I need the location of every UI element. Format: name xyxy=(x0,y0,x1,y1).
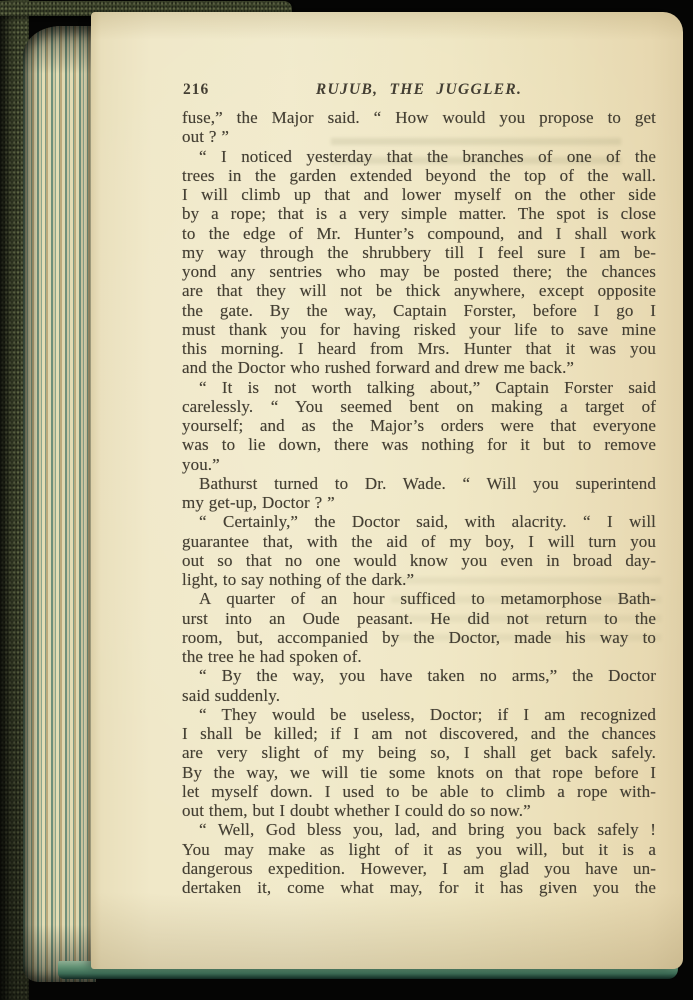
text-line: was to lie down, there was nothing for i… xyxy=(182,435,656,454)
text-line: said suddenly. xyxy=(182,686,656,705)
text-line: By the way, we will tie some knots on th… xyxy=(182,763,656,782)
text-line: to the edge of Mr. Hunter’s compound, an… xyxy=(182,224,656,243)
paragraph: “ By the way, you have taken no arms,” t… xyxy=(182,666,656,705)
text-line: room, but, accompanied by the Doctor, ma… xyxy=(182,628,656,647)
paragraph: “ Certainly,” the Doctor said, with alac… xyxy=(182,512,656,589)
text-line: Bathurst turned to Dr. Wade. “ Will you … xyxy=(182,474,656,493)
page-number: 216 xyxy=(183,81,209,99)
text-line: “ Certainly,” the Doctor said, with alac… xyxy=(182,512,656,531)
paragraph: “ Well, God bless you, lad, and bring yo… xyxy=(182,820,656,897)
text-line: A quarter of an hour sufficed to metamor… xyxy=(182,589,656,608)
page-content: 216 RUJUB, THE JUGGLER. fuse,” the Major… xyxy=(182,81,656,897)
book-scan-scene: 216 RUJUB, THE JUGGLER. fuse,” the Major… xyxy=(0,0,693,1000)
text-line: trees in the garden extended beyond the … xyxy=(182,166,656,185)
text-line: “ By the way, you have taken no arms,” t… xyxy=(182,666,656,685)
text-line: the tree he had spoken of. xyxy=(182,647,656,666)
text-line: light, to say nothing of the dark.” xyxy=(182,570,656,589)
paragraph: “ It is not worth talking about,” Captai… xyxy=(182,378,656,474)
text-line: “ Well, God bless you, lad, and bring yo… xyxy=(182,820,656,839)
text-line: out ? ” xyxy=(182,127,656,146)
paragraph: fuse,” the Major said. “ How would you p… xyxy=(182,108,656,147)
text-line: out so that no one would know you even i… xyxy=(182,551,656,570)
text-line: this morning. I heard from Mrs. Hunter t… xyxy=(182,339,656,358)
text-line: urst into an Oude peasant. He did not re… xyxy=(182,609,656,628)
text-line: dangerous expedition. However, I am glad… xyxy=(182,859,656,878)
text-line: you.” xyxy=(182,455,656,474)
body-text: fuse,” the Major said. “ How would you p… xyxy=(182,108,656,897)
text-line: dertaken it, come what may, for it has g… xyxy=(182,878,656,897)
text-line: yourself; and as the Major’s orders were… xyxy=(182,416,656,435)
text-line: You may make as light of it as you will,… xyxy=(182,840,656,859)
text-line: are that they will not be thick anywhere… xyxy=(182,281,656,300)
running-title: RUJUB, THE JUGGLER. xyxy=(182,81,656,99)
book-page: 216 RUJUB, THE JUGGLER. fuse,” the Major… xyxy=(91,12,683,969)
text-line: yond any sentries who may be posted ther… xyxy=(182,262,656,281)
paragraph: “ I noticed yesterday that the branches … xyxy=(182,147,656,378)
text-line: and the Doctor who rushed forward and dr… xyxy=(182,358,656,377)
text-line: the gate. By the way, Captain Forster, b… xyxy=(182,301,656,320)
text-line: must thank you for having risked your li… xyxy=(182,320,656,339)
text-line: my get-up, Doctor ? ” xyxy=(182,493,656,512)
text-line: “ They would be useless, Doctor; if I am… xyxy=(182,705,656,724)
text-line: let myself down. I used to be able to cl… xyxy=(182,782,656,801)
text-line: by a rope; that is a very simple matter.… xyxy=(182,204,656,223)
text-line: “ It is not worth talking about,” Captai… xyxy=(182,378,656,397)
paragraph: “ They would be useless, Doctor; if I am… xyxy=(182,705,656,821)
text-line: “ I noticed yesterday that the branches … xyxy=(182,147,656,166)
text-line: carelessly. “ You seemed bent on making … xyxy=(182,397,656,416)
text-line: guarantee that, with the aid of my boy, … xyxy=(182,532,656,551)
text-line: out them, but I doubt whether I could do… xyxy=(182,801,656,820)
text-line: I shall be killed; if I am not discovere… xyxy=(182,724,656,743)
text-line: fuse,” the Major said. “ How would you p… xyxy=(182,108,656,127)
paragraph: A quarter of an hour sufficed to metamor… xyxy=(182,589,656,666)
stacked-page-edges xyxy=(23,26,96,982)
text-line: my way through the shrubbery till I feel… xyxy=(182,243,656,262)
text-line: I will climb up that and lower myself on… xyxy=(182,185,656,204)
page-header: 216 RUJUB, THE JUGGLER. xyxy=(182,81,656,99)
text-line: are very slight of my being so, I shall … xyxy=(182,743,656,762)
paragraph: Bathurst turned to Dr. Wade. “ Will you … xyxy=(182,474,656,513)
